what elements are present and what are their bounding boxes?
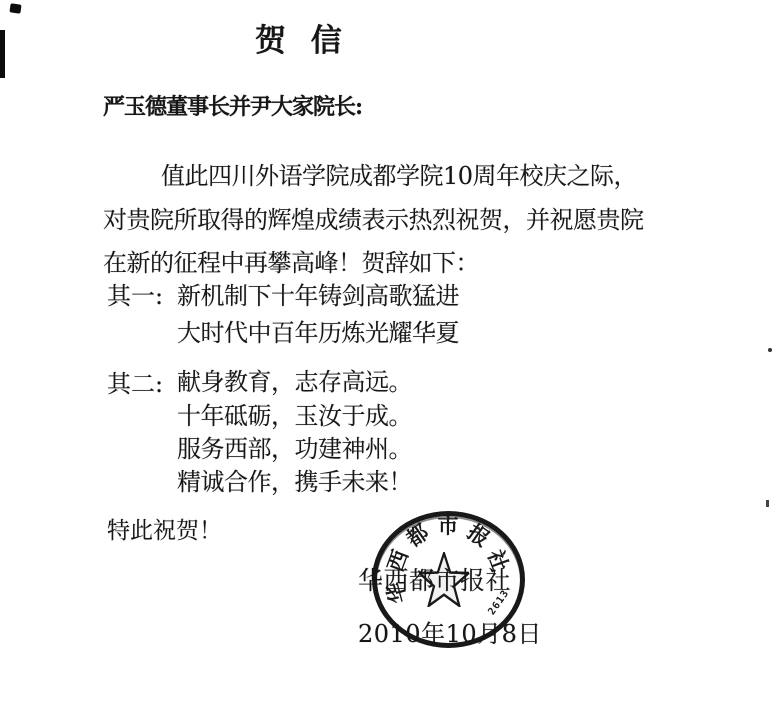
verse-two-label: 其二: bbox=[107, 371, 163, 399]
letter-title: 贺 信 bbox=[255, 24, 349, 60]
verse-line: 精诚合作，携手未来！ bbox=[177, 469, 412, 497]
scan-artifact bbox=[0, 30, 5, 78]
verse-one-label: 其一: bbox=[107, 283, 163, 311]
body-line: 在新的征程中再攀高峰！贺辞如下： bbox=[103, 250, 479, 278]
verse-line: 服务西部，功建神州。 bbox=[177, 436, 412, 464]
signature-line: 华西都市报社 bbox=[358, 567, 511, 596]
scan-artifact bbox=[766, 500, 769, 507]
verse-line: 十年砥砺，玉汝于成。 bbox=[177, 403, 412, 431]
body-line: 值此四川外语学院成都学院10周年校庆之际， bbox=[161, 163, 637, 191]
stamp-arc-char: 市 bbox=[436, 514, 460, 538]
date-line: 2010年10月8日 bbox=[358, 621, 542, 649]
verse-line: 大时代中百年历炼光耀华夏 bbox=[177, 320, 459, 348]
scan-artifact bbox=[768, 348, 772, 352]
verse-line: 献身教育，志存高远。 bbox=[177, 369, 412, 397]
body-line: 对贵院所取得的辉煌成绩表示热烈祝贺，并祝愿贵院 bbox=[103, 207, 644, 235]
scanned-letter-page: 华 西 都 市 报 社 2613 贺 信 严玉德董事长并尹大家院长: 值此四川外… bbox=[0, 0, 780, 705]
closing-phrase: 特此祝贺！ bbox=[107, 518, 222, 544]
verse-line: 新机制下十年铸剑高歌猛进 bbox=[177, 283, 459, 311]
salutation: 严玉德董事长并尹大家院长: bbox=[103, 95, 362, 120]
scan-artifact bbox=[9, 3, 21, 13]
